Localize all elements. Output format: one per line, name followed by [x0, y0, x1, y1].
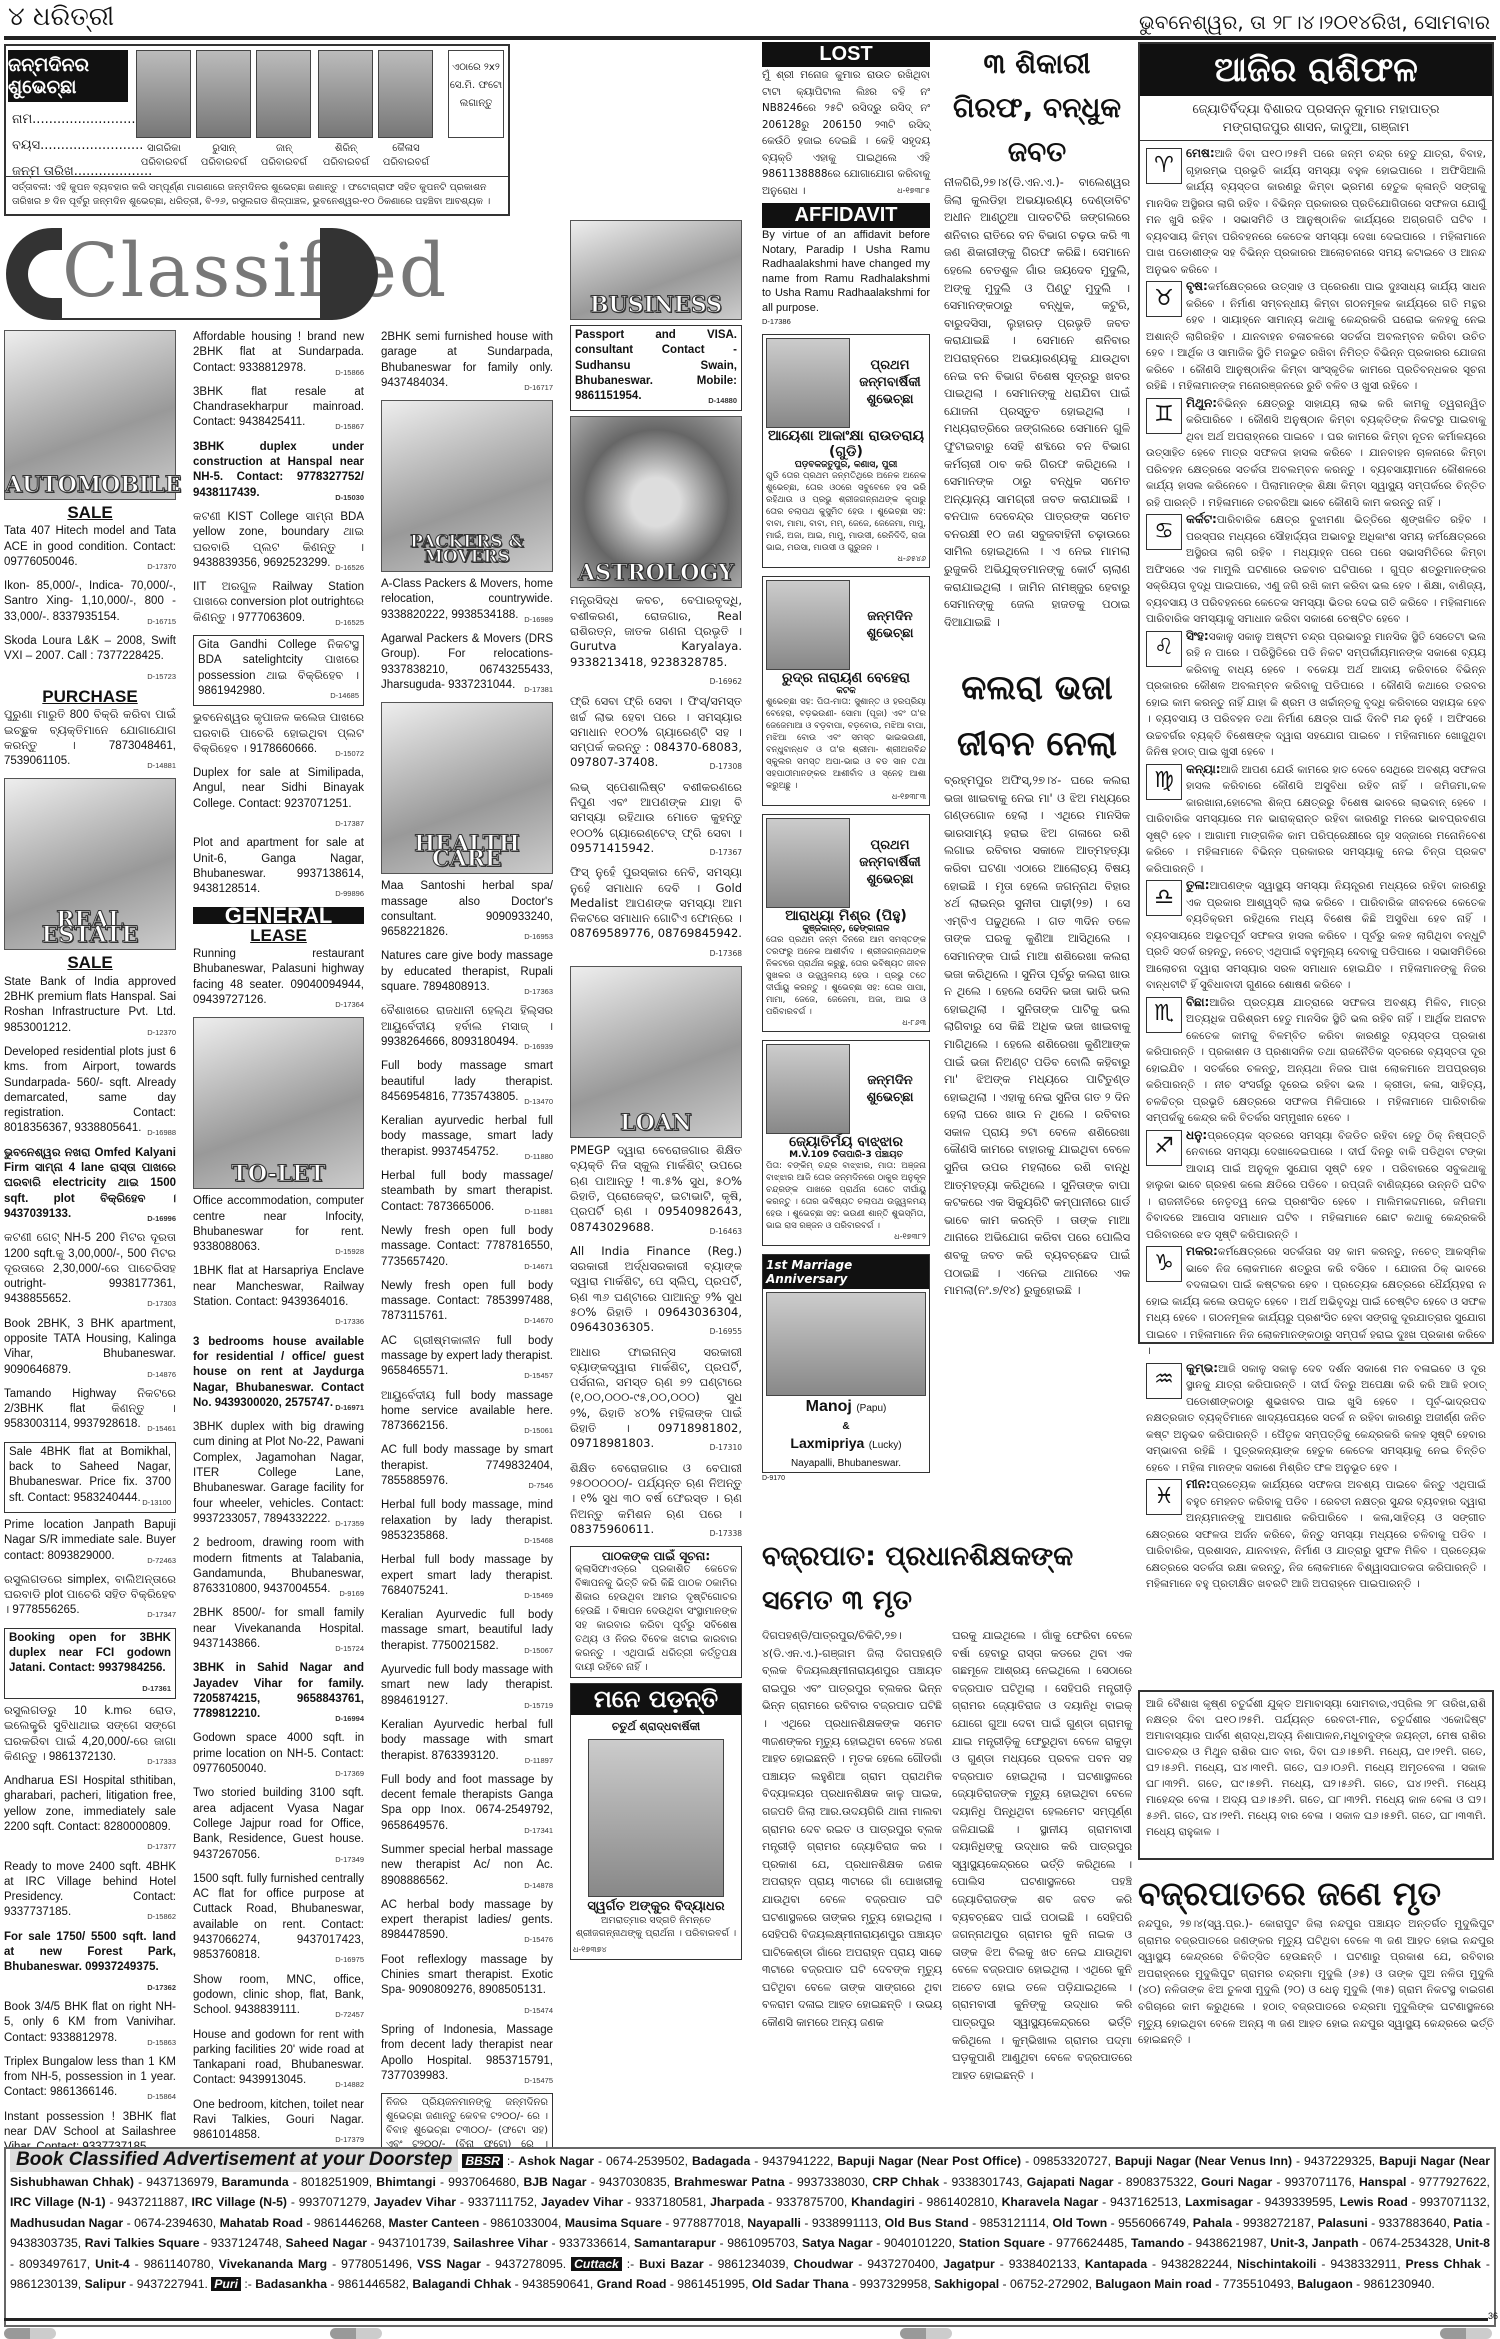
- classified-ad: ରସୁଲଗଡରେ simplex, ବାଲିଅନ୍ତାରେ ଘରବାଡି plo…: [4, 1573, 176, 1623]
- ad-code: D-17336: [335, 1314, 364, 1329]
- article-lightning-headmaster: ବଜ୍ରପାତ: ପ୍ରଧାନଶିକ୍ଷକଙ୍କ ସମେତ ୩ ମୃତ ଦିଗପ…: [762, 1535, 1132, 2084]
- booking-phone[interactable]: 9438621987: [1196, 2236, 1264, 2250]
- classified-ad: ଫ୍ରି ସେବା ଫ୍ରି ସେବା । ଫିସ୍/ସମସ୍ତ ଖର୍ଚ୍ଚ …: [570, 694, 742, 774]
- lost-code: ଧ-୧୭୩୮୫: [897, 183, 930, 200]
- classified-ad: Newly fresh open full body massage. Cont…: [381, 1279, 553, 1329]
- greeting-name: ଆରାଧ୍ୟା ମିଶ୍ର (ପିହୁ): [766, 908, 926, 924]
- booking-phone[interactable]: 9861140780: [144, 2257, 211, 2271]
- article-lightning-one-dead: ବଜ୍ରପାତରେ ଜଣେ ମୃତ ନନ୍ଦପୁର, ୨୭।୪(ସ୍ୱ.ପ୍ର.…: [1138, 1872, 1494, 2049]
- classified-ad: For sale 1750/ 5500 sqft. land at new Fo…: [4, 1930, 176, 1995]
- booking-location: Unit-8: [1455, 2236, 1490, 2250]
- birthday-coupon: ଜନ୍ମଦିନର ଶୁଭେଚ୍ଛା ନାମ...................…: [4, 44, 510, 216]
- real-estate-label: REAL ESTATE: [5, 913, 175, 944]
- zodiac-entry: ♋କର୍କଟ:ପାରିବାରିକ କ୍ଷେତ୍ର ବୁଝାମଣା ଭିତ୍ତିର…: [1140, 511, 1492, 628]
- anniversary-code: D-9170: [762, 1475, 930, 1482]
- booking-location: Nischintakoili: [1237, 2257, 1316, 2271]
- tolet-banner: TO-LET: [193, 1017, 364, 1189]
- ad-code: D-72463: [147, 1553, 176, 1568]
- ad-code: D-16975: [335, 1952, 364, 1967]
- lost-notice: ମୁଁ ଶ୍ରୀ ମନୋଜ କୁମାର ରାଉତ ରଖିଥିବା ଟାଟା କ୍…: [762, 67, 930, 199]
- ad-code: D-15864: [147, 2089, 176, 2104]
- booking-location: Mahatab Road: [220, 2216, 303, 2230]
- ad-text: Passport and VISA. consultant Contact - …: [575, 329, 737, 402]
- booking-phone[interactable]: 9437162513: [1110, 2195, 1178, 2209]
- classified-ad: Prime location Janpath Bapuji Nagar S/R …: [4, 1518, 176, 1568]
- classified-ad: Spring of Indonesia, Massage from decent…: [381, 2023, 553, 2088]
- greeting-card: ପ୍ରଥମ ଜନ୍ମବାର୍ଷିକୀ ଶୁଭେଚ୍ଛା ଆୟେଶା ଆକାଂକ୍…: [762, 334, 930, 568]
- general-bar: GENERAL: [193, 907, 364, 924]
- zodiac-text: ଆଜି ସକାଳୁ ସକାଳୁ ଦେବ ଦର୍ଶନ ସକାଶେ ମନ ବଳାଇବ…: [1146, 1363, 1486, 1474]
- booking-location: Bapuji Nagar (Near Venus Inn): [1115, 2154, 1292, 2168]
- region-tag: Puri: [211, 2277, 241, 2291]
- booking-phone[interactable]: 9437101739: [378, 2236, 446, 2250]
- ad-text: ମନ୍ତ୍ରସିଦ୍ଧ କବଚ, ବେପାରବୃଦ୍ଧି, ବଶୀକରଣ, ରୋ…: [570, 593, 742, 668]
- ad-text: AC full body massage by smart therapist.…: [381, 1444, 553, 1487]
- booking-location: Satya Nagar: [802, 2236, 873, 2250]
- booking-phone[interactable]: 9861446582: [338, 2277, 406, 2291]
- body-lightning-one-dead: ନନ୍ଦପୁର, ୨୭।୪(ସ୍ୱ.ପ୍ର.)- କୋରାପୁଟ ଜିଲା ନନ…: [1138, 1916, 1494, 2049]
- ad-code: D-17341: [524, 1823, 553, 1838]
- ad-code: D-15862: [147, 1909, 176, 1924]
- booking-phone[interactable]: 9861033004: [490, 2216, 558, 2230]
- ad-text: PMEGP ଦ୍ୱାରା ବେରୋଜଗାର ଶିକ୍ଷିତ ବ୍ୟକ୍ତି ନି…: [570, 1143, 742, 1233]
- booking-location: Patia: [1453, 2216, 1482, 2230]
- booking-phone[interactable]: 9438332911: [1330, 2257, 1397, 2271]
- booking-phone[interactable]: 9337124748: [211, 2236, 279, 2250]
- classified-ad: A-Class Packers & Movers, home relocatio…: [381, 577, 553, 627]
- zodiac-entry: ♉ବୃଷ:କର୍ମକ୍ଷେତ୍ରରେ ଉତ୍ସାହ ଓ ପ୍ରେରଣା ପାଇ …: [1140, 278, 1492, 395]
- zodiac-icon: ♐: [1146, 1130, 1182, 1166]
- greeting-card: ପ୍ରଥମ ଜନ୍ମବାର୍ଷିକୀ ଶୁଭେଚ୍ଛା ଆରାଧ୍ୟା ମିଶ୍…: [762, 814, 930, 1032]
- booking-location: Unit-4: [95, 2257, 130, 2271]
- reader-notice: ପାଠକଙ୍କ ପାଇଁ ସୂଚନା: କ୍ଲାସିଫାଏଡ୍‌ରେ ପ୍ରକା…: [570, 1546, 742, 1678]
- classified-ad: Affordable housing ! brand new 2BHK flat…: [193, 330, 364, 380]
- ad-code: D-17359: [335, 1516, 364, 1531]
- family-label: ପରିବାରବର୍ଗ: [371, 156, 441, 170]
- classified-ad: 2BHK 8500/- for small family near Viveka…: [193, 1606, 364, 1656]
- ad-code: D-16971: [335, 1400, 364, 1415]
- ad-code: D-17303: [147, 1296, 176, 1311]
- memorial-occasion: ଚତୁର୍ଥ ଶ୍ରାଦ୍ଧବାର୍ଷିକୀ: [571, 1719, 741, 1734]
- classified-ad: ଆଧାର ଫାଇନାନ୍ସ ସରକାରୀ ବ୍ୟାଙ୍କଦ୍ୱାରା ମାର୍କ…: [570, 1345, 742, 1456]
- memorial-photo: [588, 1739, 724, 1897]
- health-banner: HEALTH CARE: [381, 702, 553, 874]
- ad-code: D-15719: [524, 1698, 553, 1713]
- booking-phone[interactable]: 9861230940: [1364, 2277, 1432, 2291]
- booking-phone[interactable]: 9778877018: [673, 2216, 741, 2230]
- booking-phone[interactable]: 9337180581: [635, 2195, 703, 2209]
- birthday-photo: [136, 50, 191, 138]
- zodiac-icon: ♑: [1146, 1246, 1182, 1282]
- booking-phone[interactable]: 0674-2539502: [606, 2154, 685, 2168]
- child-name: ଜାନ୍: [249, 142, 319, 156]
- column-property-lease: Affordable housing ! brand new 2BHK flat…: [193, 330, 364, 2153]
- zodiac-entry: ♐ଧନୁ:ପ୍ରତ୍ୟେକ ସ୍ତରରେ ସମସ୍ୟା ବିଜଡିତ ରହିବା…: [1140, 1127, 1492, 1244]
- booking-phone[interactable]: 9337875700: [776, 2195, 844, 2209]
- zodiac-icon: ♌: [1146, 631, 1182, 667]
- astrologer-credit: ଜ୍ୟୋତିର୍ବିଦ୍ୟା ବିଶାରଦ ପ୍ରସନ୍ନ କୁମାର ମହାପ…: [1140, 96, 1492, 141]
- ad-code: D-15476: [524, 1932, 553, 1947]
- ad-code: D-12370: [147, 1025, 176, 1040]
- classified-ad: 3 bedrooms house available for residenti…: [193, 1335, 364, 1415]
- greeting-place: ଘଡ଼ବକଜତୁପୁର, କଣାସ, ପୁରୀ: [766, 460, 926, 470]
- greeting-code: ଧ-୧୭୩୮୩: [766, 792, 926, 802]
- affidavit-notice: By virtue of an affidavit before Notary,…: [762, 228, 930, 330]
- classified-ad: Keralian Ayurvedic herbal full body mass…: [381, 1718, 553, 1768]
- zodiac-icon: ♊: [1146, 398, 1182, 434]
- astrologer-name: ଜ୍ୟୋତିର୍ବିଦ୍ୟା ବିଶାରଦ ପ୍ରସନ୍ନ କୁମାର ମହାପ…: [1144, 100, 1488, 118]
- zodiac-name: କନ୍ୟା:: [1186, 762, 1221, 776]
- page-number: 36: [1488, 2311, 1498, 2321]
- ampersand: &: [842, 1421, 849, 1432]
- ad-code: D-17308: [710, 759, 742, 774]
- classified-ad: 2BHK semi furnished house with garage at…: [381, 330, 553, 395]
- loan-label: LOAN: [571, 1116, 741, 1131]
- booking-phone[interactable]: 9040101220: [884, 2236, 952, 2250]
- booking-location: CRP Chhak: [872, 2175, 939, 2189]
- booking-phone[interactable]: 9776624485: [1056, 2236, 1124, 2250]
- greeting-badge: ପ୍ରଥମ ଜନ୍ମବାର୍ଷିକୀ ଶୁଭେଚ୍ଛା: [854, 818, 926, 908]
- booking-phone[interactable]: 9861446268: [314, 2216, 382, 2230]
- booking-phone[interactable]: 9437211887: [117, 2195, 184, 2209]
- booking-location: Grand Road: [597, 2277, 667, 2291]
- ad-code: D-15724: [335, 1641, 364, 1656]
- ad-code: D-16962: [710, 674, 742, 689]
- booking-phone[interactable]: 9439339595: [1265, 2195, 1333, 2209]
- booking-phone[interactable]: 9937071176: [1285, 2175, 1352, 2189]
- booking-location: Ashok Nagar: [518, 2154, 594, 2168]
- ad-code: D-16463: [710, 1224, 742, 1239]
- booking-phone[interactable]: 9438282244: [1161, 2257, 1229, 2271]
- booking-location: Balugaon Main road: [1095, 2277, 1211, 2291]
- ad-text: Skoda Loura L&K – 2008, Swift VXI – 2007…: [4, 635, 176, 662]
- booking-phone[interactable]: 9438590641: [522, 2277, 590, 2291]
- booking-phone[interactable]: 9337883640: [1379, 2216, 1447, 2230]
- classified-ad: Office accommodation, computer centre ne…: [193, 1194, 364, 1259]
- booking-phone[interactable]: 9937338030: [797, 2175, 865, 2189]
- booking-phone[interactable]: 8908375322: [1126, 2175, 1194, 2189]
- classified-ad: ଲଭ୍ ସ୍ପେଶାଲିଷ୍ଟ ବଶୀକରଣରେ ନିପୁଣ ଏବଂ ଆପଣଙ୍…: [570, 780, 742, 860]
- booking-phone[interactable]: 9556066749: [1118, 2216, 1186, 2230]
- zodiac-icon: ♈: [1146, 148, 1182, 184]
- ad-text: ଶିକ୍ଷିତ ବେରୋଜଗାର ଓ ବେପାରୀ ୨୫୦୦୦୦୦/- ପର୍ଯ…: [570, 1461, 742, 1536]
- classified-ad: Book 3/4/5 BHK flat on right NH-5, only …: [4, 2000, 176, 2050]
- booking-phone[interactable]: 9437278095: [495, 2257, 563, 2271]
- booking-location: Madhusudan Nagar: [10, 2216, 123, 2230]
- ad-code: D-11881: [525, 1204, 553, 1219]
- booking-phone[interactable]: 9777927622: [1419, 2175, 1487, 2189]
- ad-code: D-99896: [335, 886, 364, 901]
- booking-phone[interactable]: 9437030835: [599, 2175, 667, 2189]
- greeting-card: ଜନ୍ମଦିନ ଶୁଭେଚ୍ଛା ଜ୍ୟୋତିର୍ମୟ ବାଝ୍ଝାର M.V.…: [762, 1040, 930, 1246]
- booking-phone[interactable]: 9438303735: [10, 2236, 78, 2250]
- automobile-banner: AUTOMOBILE: [4, 330, 176, 500]
- booking-phone[interactable]: 9437270400: [867, 2257, 935, 2271]
- booking-phone[interactable]: 9338301743: [951, 2175, 1019, 2189]
- classified-ad: Show room, MNC, office, godown, clinic s…: [193, 1973, 364, 2023]
- packers-label: PACKERS & MOVERS: [382, 535, 552, 566]
- logo-text: Classified: [62, 228, 448, 314]
- classified-ad: Andharua ESI Hospital sthitiban, gharaba…: [4, 1774, 176, 1854]
- ad-code: D-17377: [147, 1839, 176, 1854]
- zodiac-name: ମିଥୁନ:: [1186, 396, 1217, 410]
- ad-code: D-17368: [710, 946, 742, 961]
- column-automobile-realestate: AUTOMOBILE SALE Tata 407 Hitech model an…: [4, 330, 176, 2180]
- greeting-photo: [766, 1044, 850, 1134]
- booking-location: Jayadev Vihar: [374, 2195, 456, 2209]
- booking-location: Vivekananda Marg: [219, 2257, 327, 2271]
- classified-ad: Ready to move 2400 sqft. 4BHK at IRC Vil…: [4, 1860, 176, 1925]
- classified-ad: Godown space 4000 sqft. in prime locatio…: [193, 1731, 364, 1781]
- booking-phone[interactable]: 9937064680: [448, 2175, 516, 2189]
- classified-ad: କଟଣୀ KIST College ସାମ୍ନା BDA yellow zone…: [193, 510, 364, 575]
- region-tag: BBSR: [462, 2154, 503, 2168]
- ad-code: D-17379: [335, 2132, 364, 2147]
- ad-code: D-15928: [335, 1244, 364, 1259]
- booking-location: Pahala: [1193, 2216, 1232, 2230]
- zodiac-name: ତୁଳା:: [1186, 878, 1210, 892]
- classified-ad: Newly fresh open full body massage. Cont…: [381, 1224, 553, 1274]
- classified-ad: Summer special herbal massage new therap…: [381, 1843, 553, 1893]
- anniversary-place: Nayapalli, Bhubaneswar.: [791, 1458, 901, 1469]
- zodiac-text: ଆଜି ଦିବା ଘ୧୦।୨୫ମି ପରେ ଜନ୍ମ ଚନ୍ଦ୍ର ହେତୁ ଯ…: [1146, 148, 1486, 276]
- ad-code: D-16988: [147, 1125, 176, 1140]
- booking-phone[interactable]: 9937071279: [299, 2195, 367, 2209]
- booking-location: Hanspal: [1359, 2175, 1406, 2189]
- ad-code: D-17367: [710, 845, 742, 860]
- classified-ad: All India Finance (Reg.) ସରକାରୀ ଅର୍ଦ୍ଧସର…: [570, 1244, 742, 1340]
- astrologer-address: ମଙ୍ଗରାଜପୁର ଶାସନ, କାଦୁଆ, ଗଞ୍ଜାମ: [1144, 118, 1488, 136]
- ad-code: D-9169: [339, 1586, 364, 1601]
- booking-location: Khandagiri: [851, 2195, 915, 2209]
- headline-poachers: ୩ ଶିକାରୀ ଗିରଫ, ବନ୍ଧୁକ ଜବତ: [944, 42, 1130, 174]
- zodiac-text: ବିଭିନ୍ନ କ୍ଷେତ୍ରରୁ ସାହାଯ୍ୟ ଲାଭ କରି କାମକୁ …: [1146, 398, 1486, 509]
- ad-code: D-15866: [335, 365, 364, 380]
- classified-ad: ଭୁବନେଶ୍ୱର ନଖରା Omfed Kalyani Firm ସାମ୍ନା…: [4, 1146, 176, 1226]
- zodiac-text: ପ୍ରତ୍ୟେକ କାର୍ଯ୍ୟରେ ସଫଳତା ଅବଶ୍ୟ ପାଇବେ କିନ…: [1146, 1479, 1486, 1590]
- classified-ad: Full body and foot massage by decent fem…: [381, 1773, 553, 1838]
- ad-text: ଫିସ୍ ନୁହେଁ ପୁରସ୍କାର ନେବି, ସମସ୍ୟା ନୁହେଁ ସ…: [570, 865, 742, 940]
- headline-kalara: କଲରା ଭଜା ଜୀବନ ନେଲା: [944, 660, 1130, 772]
- classified-ad: Skoda Loura L&K – 2008, Swift VXI – 2007…: [4, 634, 176, 684]
- bottom-rule: [4, 2318, 1488, 2321]
- ad-code: D-14880: [708, 393, 737, 408]
- classified-ad: Natures care give body massage by educat…: [381, 949, 553, 999]
- booking-location: IRC Village (N-1): [10, 2195, 106, 2209]
- ad-code: D-15461: [147, 1421, 176, 1436]
- booking-location: BJB Nagar: [523, 2175, 586, 2189]
- greeting-badge: ଜନ୍ମଦିନ ଶୁଭେଚ୍ଛା: [854, 580, 926, 670]
- classified-ad: Keralian Ayurvedic full body massage sma…: [381, 1608, 553, 1658]
- affidavit-heading: AFFIDAVIT: [762, 203, 930, 228]
- registration-mark: [330, 2328, 382, 2339]
- classified-ad: ଶିକ୍ଷିତ ବେରୋଜଗାର ଓ ବେପାରୀ ୨୫୦୦୦୦୦/- ପର୍ଯ…: [570, 1461, 742, 1541]
- dateline: ଭୁବନେଶ୍ୱର, ତା ୨୮।୪।୨୦୧୪ରିଖ, ସୋମବାର: [1139, 10, 1490, 34]
- booking-location: Brahmeswar Patna: [674, 2175, 784, 2189]
- booking-phone[interactable]: 9778051496: [341, 2257, 409, 2271]
- booking-phone[interactable]: 9437136979: [146, 2175, 214, 2189]
- booking-phone[interactable]: 9853121114: [980, 2216, 1046, 2230]
- booking-phone[interactable]: 06752-272902: [1010, 2277, 1089, 2291]
- classified-ad: Passport and VISA. consultant Contact - …: [570, 325, 742, 411]
- booking-location: Jagatpur: [943, 2257, 994, 2271]
- zodiac-text: ପାରିବାରିକ କ୍ଷେତ୍ର ବୁଝାମଣା ଭିତ୍ତିରେ ଶୃଙ୍ଖ…: [1146, 514, 1486, 625]
- panjika-box: ଆଜି ବୈଶାଖ କୃଷ୍ଣ ଚତୁର୍ଦ୍ଦଶୀ ଯୁକ୍ତ ଅମାବାସ୍…: [1138, 1690, 1494, 1860]
- ad-code: D-17310: [710, 1440, 742, 1455]
- ad-code: D-17347: [147, 1607, 176, 1622]
- booking-phone[interactable]: 09853320727: [1033, 2154, 1108, 2168]
- lost-heading: LOST: [762, 42, 930, 67]
- ad-code: D-17364: [335, 997, 364, 1012]
- booking-location: Unit-3, Janpath: [1270, 2236, 1358, 2250]
- classified-ad: PMEGP ଦ୍ୱାରା ବେରୋଜଗାର ଶିକ୍ଷିତ ବ୍ୟକ୍ତି ନି…: [570, 1143, 742, 1239]
- booking-phone[interactable]: 9861095703: [727, 2236, 795, 2250]
- birthday-photo: [256, 50, 311, 138]
- zodiac-name: ମକର:: [1186, 1244, 1218, 1258]
- booking-phone[interactable]: 9337336614: [559, 2236, 627, 2250]
- booking-phone[interactable]: 8018251909: [301, 2175, 369, 2189]
- ad-code: D-11897: [525, 1753, 553, 1768]
- classified-ad: Herbal full body massage by expert smart…: [381, 1553, 553, 1603]
- re-sale-heading: SALE: [4, 955, 176, 970]
- booking-phone[interactable]: 9937329958: [860, 2277, 928, 2291]
- memorial-name: ସ୍ୱର୍ଗତ ଅଙ୍କୁର ବିଦ୍ୟାଧର: [571, 1899, 741, 1914]
- booking-location: Ravi Talkies Square: [85, 2236, 200, 2250]
- birthday-caption: ଜାନ୍ପରିବାରବର୍ଗ: [249, 142, 319, 170]
- booking-phone[interactable]: 9338991113: [812, 2216, 878, 2230]
- booking-location: Saheed Nagar: [286, 2236, 368, 2250]
- booking-location: Balugaon: [1297, 2277, 1353, 2291]
- booking-phone[interactable]: 9338402133: [1009, 2257, 1077, 2271]
- region-tag: Cuttack: [571, 2257, 622, 2271]
- booking-location: Jayadev Vihar: [541, 2195, 623, 2209]
- greeting-text: ଗୁଡି ତୋର ପ୍ରଥମ ଜନ୍ମତିଥିରେ ଅନେକ ଅନେକ ଶୁଭେ…: [766, 470, 926, 554]
- memorial-code: ଧ-୧୭୩୭୪: [571, 1940, 741, 1959]
- booking-location: Master Canteen: [388, 2216, 479, 2230]
- ad-code: D-14671: [524, 1259, 553, 1274]
- groom-nick: (Papu): [856, 1403, 886, 1414]
- booking-location: Laxmisagar: [1185, 2195, 1253, 2209]
- zodiac-text: ସକାଳୁ ସକାଳୁ ଅଷ୍ଟମ ଚନ୍ଦ୍ର ପ୍ରଭାବରୁ ମାନସିକ…: [1146, 631, 1486, 759]
- booking-phone[interactable]: 9437227941: [137, 2277, 205, 2291]
- ad-code: D-16996: [147, 1211, 176, 1226]
- booking-location: IRC Village (N-5): [191, 2195, 287, 2209]
- booking-location: Gajapati Nagar: [1027, 2175, 1114, 2189]
- reader-notice-title: ପାଠକଙ୍କ ପାଇଁ ସୂଚନା:: [575, 1549, 737, 1563]
- classified-ad: ମନ୍ତ୍ରସିଦ୍ଧ କବଚ, ବେପାରବୃଦ୍ଧି, ବଶୀକରଣ, ରୋ…: [570, 593, 742, 689]
- zodiac-name: ବୃଷ:: [1186, 279, 1208, 293]
- booking-phone[interactable]: 9861451995: [677, 2277, 745, 2291]
- zodiac-text: ଆଜି ଆପଣ ଯେଉଁ କାମରେ ହାତ ଦେବେ ସେଥିରେ ଅବଶ୍ୟ…: [1146, 764, 1486, 875]
- zodiac-icon: ♉: [1146, 281, 1182, 317]
- registration-mark: [4, 2328, 56, 2339]
- greeting-name: ଆୟେଶା ଆକାଂକ୍ଷା ରାଉତରାୟ (ଗୁଡି): [766, 428, 926, 460]
- classified-ad: Book 2BHK, 3 BHK apartment, opposite TAT…: [4, 1317, 176, 1382]
- ad-code: D-15723: [147, 669, 176, 684]
- booking-location: Bapuji Nagar (Near Post Office): [837, 2154, 1021, 2168]
- booking-phone[interactable]: 9861402810: [927, 2195, 995, 2209]
- ad-code: D-17338: [710, 1526, 742, 1541]
- booking-phone[interactable]: 9437229325: [1304, 2154, 1372, 2168]
- booking-phone[interactable]: 9861230139: [10, 2277, 78, 2291]
- page-label: ୪ ଧରିତ୍ରୀ: [8, 2, 114, 33]
- horoscope-box: ଆଜିର ରାଶିଫଳ ଜ୍ୟୋତିର୍ବିଦ୍ୟା ବିଶାରଦ ପ୍ରସନ୍…: [1138, 42, 1494, 1344]
- ad-text: All India Finance (Reg.) ସରକାରୀ ଅର୍ଦ୍ଧସର…: [570, 1244, 742, 1334]
- reader-notice-body: କ୍ଲାସିଫାଏଡ୍‌ରେ ପ୍ରକାଶିତ କେତେକ ବିଜ୍ଞାପନକୁ…: [575, 1563, 737, 1675]
- ad-code: D-15067: [524, 1643, 553, 1658]
- ad-code: D-72457: [335, 2007, 364, 2022]
- ad-code: D-13470: [524, 1094, 553, 1109]
- classified-ad: ରସୁଲଗଡରୁ 10 k.mର ରୋଡ, ଇଲେକ୍ଟ୍ରି ସୁବିଧାଥା…: [4, 1704, 176, 1769]
- classified-ad: AC full body massage by smart therapist.…: [381, 1443, 553, 1493]
- classified-ad: Maa Santoshi herbal spa/ massage also Do…: [381, 879, 553, 944]
- affidavit-code: D-17386: [762, 315, 930, 330]
- booking-phone[interactable]: 0674-2534328: [1370, 2236, 1449, 2250]
- booking-phone[interactable]: 9337111752: [468, 2195, 534, 2209]
- zodiac-entry: ♑ମକର:କର୍ମକ୍ଷେତ୍ରରେ ସତର୍କତାର ସହ କାମ କରନ୍ତ…: [1140, 1243, 1492, 1360]
- ad-code: D-16989: [524, 612, 553, 627]
- booking-location: Old Sadar Thana: [752, 2277, 849, 2291]
- classified-ad: Tata 407 Hitech model and Tata ACE in go…: [4, 524, 176, 574]
- ad-text: 1BHK flat at Harsapriya Enclave near Man…: [193, 1265, 364, 1308]
- booking-location: Old Town: [1053, 2216, 1108, 2230]
- memorial-card: ମନେ ପଡ଼ନ୍ତି ଚତୁର୍ଥ ଶ୍ରାଦ୍ଧବାର୍ଷିକୀ ସ୍ୱର୍…: [570, 1683, 742, 1960]
- booking-phone[interactable]: 0674-2394630: [134, 2216, 213, 2230]
- automobile-label: AUTOMOBILE: [5, 478, 175, 493]
- classified-ad: 1500 sqft. fully furnished centrally AC …: [193, 1872, 364, 1968]
- classified-ad: AC ଗ୍ରୀଷ୍ମକାଳୀନ full body massage by exp…: [381, 1334, 553, 1384]
- booking-location: Badasankha: [255, 2277, 327, 2291]
- astrology-label: ASTROLOGY: [571, 566, 741, 581]
- ad-code: D-14882: [335, 2077, 364, 2092]
- booking-phone[interactable]: 9938272187: [1243, 2216, 1311, 2230]
- name-field[interactable]: ନାମ.........................: [12, 112, 135, 127]
- ad-code: D-16994: [335, 1711, 364, 1726]
- ad-code: D-15474: [524, 2003, 553, 2018]
- classified-ad: One bedroom, kitchen, toilet near Ravi T…: [193, 2098, 364, 2148]
- age-field[interactable]: ବୟସ.........................: [12, 138, 143, 153]
- greeting-code: ଧ-୮୬୩: [766, 1018, 926, 1028]
- zodiac-entry: ♌ସିଂହ:ସକାଳୁ ସକାଳୁ ଅଷ୍ଟମ ଚନ୍ଦ୍ର ପ୍ରଭାବରୁ …: [1140, 628, 1492, 761]
- ad-code: D-15061: [524, 1423, 553, 1438]
- booking-phone[interactable]: 9861234039: [718, 2257, 786, 2271]
- ad-text: For sale 1750/ 5500 sqft. land at new Fo…: [4, 1931, 176, 1974]
- booking-phone[interactable]: 8093497617: [19, 2257, 87, 2271]
- classified-ad: Keralian ayurvedic herbal full body mass…: [381, 1114, 553, 1164]
- classified-ad: ଆୟୁର୍ବେଦୀୟ full body massage home servic…: [381, 1389, 553, 1439]
- greeting-text: ପିତା: ବଙ୍କିମ୍ ଚନ୍ଦ୍ର ବାଝ୍ଝାର, ମାତା: ଅଞ୍ଜ…: [766, 1160, 926, 1232]
- booking-phone[interactable]: 9937071132: [1420, 2195, 1487, 2209]
- booking-location: Badagada: [692, 2154, 750, 2168]
- classified-booking-footer: Book Classified Advertisement at your Do…: [4, 2147, 1496, 2327]
- classified-ad: House and godown for rent with parking f…: [193, 2028, 364, 2093]
- classified-ad: Agarwal Packers & Movers (DRS Group). Fo…: [381, 632, 553, 697]
- anniversary-title: 1st Marriage Anniversary: [763, 1255, 929, 1289]
- booking-phone[interactable]: 7735510493: [1223, 2277, 1291, 2291]
- horoscope-title: ଆଜିର ରାଶିଫଳ: [1140, 44, 1492, 96]
- headline-lightning-one-dead: ବଜ୍ରପାତରେ ଜଣେ ମୃତ: [1138, 1872, 1494, 1916]
- booking-location: Balagandi Chhak: [412, 2277, 511, 2291]
- ad-code: D-17361: [142, 1681, 171, 1696]
- zodiac-entry: ♍କନ୍ୟା:ଆଜି ଆପଣ ଯେଉଁ କାମରେ ହାତ ଦେବେ ସେଥିର…: [1140, 761, 1492, 878]
- booking-phone[interactable]: 9437941222: [762, 2154, 830, 2168]
- greeting-photo: [766, 338, 850, 428]
- ad-code: D-16955: [710, 1324, 742, 1339]
- ad-text: 3 bedrooms house available for residenti…: [193, 1336, 364, 1409]
- classified-ad: AC herbal body massage by expert therapi…: [381, 1898, 553, 1948]
- real-estate-banner: REAL ESTATE: [4, 778, 176, 950]
- groom-name: Manoj: [806, 1398, 852, 1415]
